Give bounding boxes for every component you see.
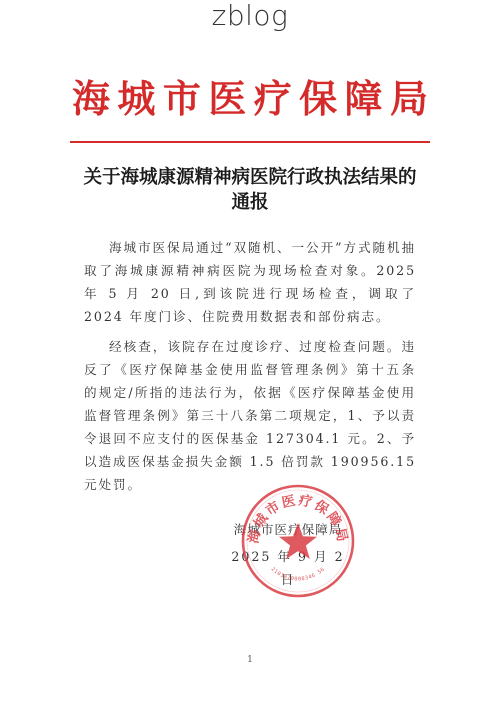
seal-serial: 2103810000346 56 — [270, 566, 327, 582]
masthead-char: 疗 — [254, 76, 292, 122]
svg-text:2103810000346 56: 2103810000346 56 — [270, 566, 327, 582]
masthead-char: 保 — [299, 76, 337, 122]
masthead-char: 医 — [208, 76, 246, 122]
document-title-line-2: 通报 — [60, 190, 440, 215]
official-seal-icon: 海城市医疗保障局 2103810000346 56 — [240, 483, 356, 599]
watermark: zblog — [0, 0, 500, 32]
document-title: 关于海城康源精神病医院行政执法结果的 通报 — [60, 165, 440, 215]
masthead-char: 局 — [390, 76, 428, 122]
masthead-char: 海 — [72, 76, 110, 122]
masthead-divider — [70, 141, 430, 143]
masthead-char: 城 — [117, 76, 155, 122]
body-paragraph-2: 经核查，该院存在过度诊疗、过度检查问题。违反了《医疗保障基金使用监督管理条例》第… — [84, 335, 416, 496]
document-title-line-1: 关于海城康源精神病医院行政执法结果的 — [60, 165, 440, 190]
seal-star-icon — [279, 523, 317, 559]
masthead-char: 障 — [345, 76, 383, 122]
page-number: 1 — [0, 655, 500, 665]
body-paragraph-1: 海城市医保局通过“双随机、一公开”方式随机抽取了海城康源精神病医院为现场检查对象… — [84, 236, 416, 328]
masthead-title: 海 城 市 医 疗 保 障 局 — [72, 76, 428, 122]
masthead-char: 市 — [163, 76, 201, 122]
